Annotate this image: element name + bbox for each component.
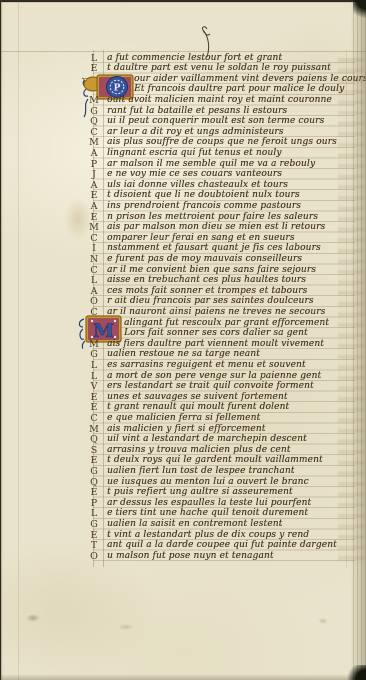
line-text: unes et sauvages se suivent fortement	[107, 392, 288, 402]
line-initial: E	[86, 63, 102, 74]
line-initial: A	[86, 148, 102, 159]
line-text: arrasins y trouva malicien plus de cent	[107, 445, 291, 455]
line-initial: E	[86, 455, 102, 466]
line-initial: E	[86, 530, 102, 541]
manuscript-line: E t daultre part est venu le soldan le r…	[0, 63, 366, 74]
line-initial: V	[86, 381, 102, 392]
line-initial: G	[86, 519, 102, 530]
line-initial: Q	[86, 434, 102, 445]
manuscript-line: L es sarrasins reguigent et menu et souv…	[0, 360, 366, 371]
line-initial: E	[86, 392, 102, 403]
line-initial: G	[86, 349, 102, 360]
line-initial: S	[86, 445, 102, 456]
manuscript-line: L e tiers tint une hache quil tenoit dur…	[0, 508, 366, 519]
manuscript-line: P ar malson il me semble quil me va a re…	[0, 159, 366, 170]
manuscript-line: E t vint a lestandart plus de dix coups …	[0, 530, 366, 541]
line-text: ais fiers daultre part viennent moult vi…	[107, 339, 324, 349]
line-initial: E	[86, 402, 102, 413]
manuscript-line: T ant quil a la darde coupee qui fut pai…	[0, 540, 366, 551]
line-text: ualien restoue ne sa targe neant	[107, 349, 260, 359]
manuscript-line: L a fut commencie lestour fort et grant	[0, 53, 366, 64]
line-initial: E	[86, 190, 102, 201]
manuscript-line: A ins prendroient francois comme pastour…	[0, 201, 366, 212]
line-text: uil vint a lestandart de marchepin desce…	[107, 434, 307, 444]
line-initial: P	[86, 159, 102, 170]
line-initial: L	[86, 371, 102, 382]
manuscript-line: J e ne voy mie ce ses couars vanteours	[0, 169, 366, 180]
line-initial: C	[86, 413, 102, 424]
line-text: ualien la saisit en contremont lestent	[107, 519, 282, 529]
line-text: ces mots fait sonner et trompes et tabou…	[107, 286, 307, 296]
line-text: t grant renault qui moult furent dolent	[107, 402, 289, 412]
dark-corner-bottom-right	[344, 665, 366, 680]
manuscript-line: I nstamment et fausart quant je fis ces …	[0, 243, 366, 254]
manuscript-line: C ar il nauront ainsi paiens ne treves n…	[0, 307, 366, 318]
manuscript-line: C ar il me convient bien que sans faire …	[0, 265, 366, 276]
line-initial: L	[86, 275, 102, 286]
manuscript-line: G ualien restoue ne sa targe neant	[0, 349, 366, 360]
line-text: ins prendroient francois comme pastours	[107, 201, 301, 211]
stacked-folio-edges	[350, 0, 366, 680]
line-text: ais malicien y fiert si efforcement	[107, 424, 266, 434]
manuscript-line: S arrasins y trouva malicien plus de cen…	[0, 445, 366, 456]
line-text: rant fut la bataille et pesans li estour…	[107, 106, 287, 116]
manuscript-line: C omparer leur ferai en sang et en sueur…	[0, 233, 366, 244]
manuscript-line: alingant fut rescoulx par grant efforcem…	[0, 318, 366, 329]
line-text: r ait dieu francois par ses saintes doul…	[107, 296, 314, 306]
line-initial: M	[86, 424, 102, 435]
line-text: oult avoit malicien maint roy et maint c…	[107, 95, 332, 105]
line-text: a mort de son pere venge sur la paienne …	[107, 371, 321, 381]
line-text: ar leur a dit roy et ungs administeurs	[107, 127, 284, 137]
line-text: aisse en trebuchant ces plus haultes tou…	[107, 275, 306, 285]
line-text: ant quil a la darde coupee qui fut paint…	[107, 540, 337, 550]
line-text: e furent pas de moy mauvais conseilleurs	[107, 254, 302, 264]
line-text: ais plus souffre de coups que ne feroit …	[107, 137, 337, 147]
line-initial: E	[86, 212, 102, 223]
line-initial: A	[86, 201, 102, 212]
line-initial: A	[86, 286, 102, 297]
line-text: lingnant escria qui fut tenus et nouly	[107, 148, 282, 158]
line-text: omparer leur ferai en sang et en sueurs	[107, 233, 295, 243]
line-text: t puis refiert ung aultre si asseurement	[107, 487, 293, 497]
line-text: a fut commencie lestour fort et grant	[107, 53, 282, 63]
manuscript-line: E t deulx roys qui le gardent moult vail…	[0, 455, 366, 466]
manuscript-line: Et francois daultre part pour malice le …	[0, 84, 366, 95]
manuscript-line: M oult avoit malicien maint roy et maint…	[0, 95, 366, 106]
line-initial: M	[86, 339, 102, 350]
manuscript-line: A ces mots fait sonner et trompes et tab…	[0, 286, 366, 297]
manuscript-line: O r ait dieu francois par ses saintes do…	[0, 296, 366, 307]
line-text: Lors fait sonner ses cors dalier sa gent	[124, 328, 308, 338]
line-text: t daultre part est venu le soldan le roy…	[107, 63, 331, 73]
line-initial: P	[86, 498, 102, 509]
line-initial: G	[86, 466, 102, 477]
line-text: ar malson il me semble quil me va a rebo…	[107, 159, 315, 169]
manuscript-line: V ers lestandart se trait quil convoite …	[0, 381, 366, 392]
manuscript-line: M ais fiers daultre part viennent moult …	[0, 339, 366, 350]
line-text: es sarrasins reguigent et menu et souven…	[107, 360, 306, 370]
line-initial: C	[86, 265, 102, 276]
line-initial: E	[86, 487, 102, 498]
line-text: ers lestandart se trait quil convoite fo…	[107, 381, 314, 391]
line-initial: M	[86, 137, 102, 148]
manuscript-line: E n prison les mettroient pour faire les…	[0, 212, 366, 223]
manuscript-line: our aider vaillamment vint devers paiens…	[0, 74, 366, 85]
manuscript-line: L a mort de son pere venge sur la paienn…	[0, 371, 366, 382]
line-text: uls iai donne villes chasteaulx et tours	[107, 180, 288, 190]
line-initial: M	[86, 222, 102, 233]
manuscript-line: C e que malicien ferra si fellement	[0, 413, 366, 424]
manuscript-line: A lingnant escria qui fut tenus et nouly	[0, 148, 366, 159]
line-text: ar dessus les espaulles la teste lui pou…	[107, 498, 311, 508]
line-text: alingant fut rescoulx par grant efforcem…	[124, 318, 329, 328]
manuscript-line: E unes et sauvages se suivent fortement	[0, 392, 366, 403]
line-text: ar il nauront ainsi paiens ne treves ne …	[107, 307, 325, 317]
line-text: nstamment et fausart quant je fis ces la…	[107, 243, 321, 253]
line-text: ar il me convient bien que sans faire se…	[107, 265, 316, 275]
line-initial: L	[86, 53, 102, 64]
manuscript-line: Q ue iusques au menton lui a ouvert le b…	[0, 477, 366, 488]
line-initial: Q	[86, 116, 102, 127]
line-text: ui il peut conquerir moult est son terme…	[107, 116, 324, 126]
line-initial: O	[86, 551, 102, 562]
line-initial: L	[86, 508, 102, 519]
manuscript-line: P ar dessus les espaulles la teste lui p…	[0, 498, 366, 509]
line-text: ais par malson mon dieu se mien est li r…	[107, 222, 325, 232]
manuscript-line: M ais par malson mon dieu se mien est li…	[0, 222, 366, 233]
line-initial: C	[86, 233, 102, 244]
line-initial: C	[86, 127, 102, 138]
line-initial: T	[86, 540, 102, 551]
line-text: Et francois daultre part pour malice le …	[134, 84, 344, 94]
manuscript-photo: P M L a fut commencie lestour fort et gr…	[0, 0, 366, 680]
manuscript-line: L aisse en trebuchant ces plus haultes t…	[0, 275, 366, 286]
manuscript-line: A uls iai donne villes chasteaulx et tou…	[0, 180, 366, 191]
manuscript-line: G ualien la saisit en contremont lestent	[0, 519, 366, 530]
line-initial: N	[86, 254, 102, 265]
page-edge-top	[0, 0, 366, 3]
line-initial: I	[86, 243, 102, 254]
line-initial: O	[86, 296, 102, 307]
line-initial: M	[86, 95, 102, 106]
line-text: e ne voy mie ce ses couars vanteours	[107, 169, 282, 179]
line-text: u malson fut pose nuyn et tenagant	[107, 551, 274, 561]
page-edge-bottom	[0, 674, 366, 680]
line-text: our aider vaillamment vint devers paiens…	[134, 74, 366, 84]
line-text: t deulx roys qui le gardent moult vailla…	[107, 455, 323, 465]
line-text: n prison les mettroient pour faire les s…	[107, 212, 318, 222]
manuscript-line: Q uil vint a lestandart de marchepin des…	[0, 434, 366, 445]
line-text: t disoient que li ne doubtoient nulx tou…	[107, 190, 300, 200]
line-text: ualien fiert lun tost de lespee tranchan…	[107, 466, 295, 476]
manuscript-line: E t puis refiert ung aultre si asseureme…	[0, 487, 366, 498]
line-text: ue iusques au menton lui a ouvert le bra…	[107, 477, 309, 487]
dark-corner-top-right	[353, 0, 366, 22]
manuscript-line: O u malson fut pose nuyn et tenagant	[0, 551, 366, 562]
manuscript-line: G ualien fiert lun tost de lespee tranch…	[0, 466, 366, 477]
line-initial: A	[86, 180, 102, 191]
manuscript-line: E t disoient que li ne doubtoient nulx t…	[0, 190, 366, 201]
line-text: e que malicien ferra si fellement	[107, 413, 260, 423]
text-block: L a fut commencie lestour fort et grant …	[0, 0, 366, 680]
manuscript-line: C ar leur a dit roy et ungs administeurs	[0, 127, 366, 138]
line-initial: G	[86, 106, 102, 117]
line-initial: L	[86, 360, 102, 371]
manuscript-line: G rant fut la bataille et pesans li esto…	[0, 106, 366, 117]
line-initial: Q	[86, 477, 102, 488]
page-edge-left	[0, 0, 3, 680]
manuscript-line: M ais malicien y fiert si efforcement	[0, 424, 366, 435]
line-text: e tiers tint une hache quil tenoit durem…	[107, 508, 308, 518]
line-initial: C	[86, 307, 102, 318]
manuscript-line: M ais plus souffre de coups que ne feroi…	[0, 137, 366, 148]
manuscript-line: Q ui il peut conquerir moult est son ter…	[0, 116, 366, 127]
line-initial: J	[86, 169, 102, 180]
line-text: t vint a lestandart plus de dix coups y …	[107, 530, 309, 540]
manuscript-line: E t grant renault qui moult furent dolen…	[0, 402, 366, 413]
manuscript-line: Lors fait sonner ses cors dalier sa gent	[0, 328, 366, 339]
manuscript-line: N e furent pas de moy mauvais conseilleu…	[0, 254, 366, 265]
